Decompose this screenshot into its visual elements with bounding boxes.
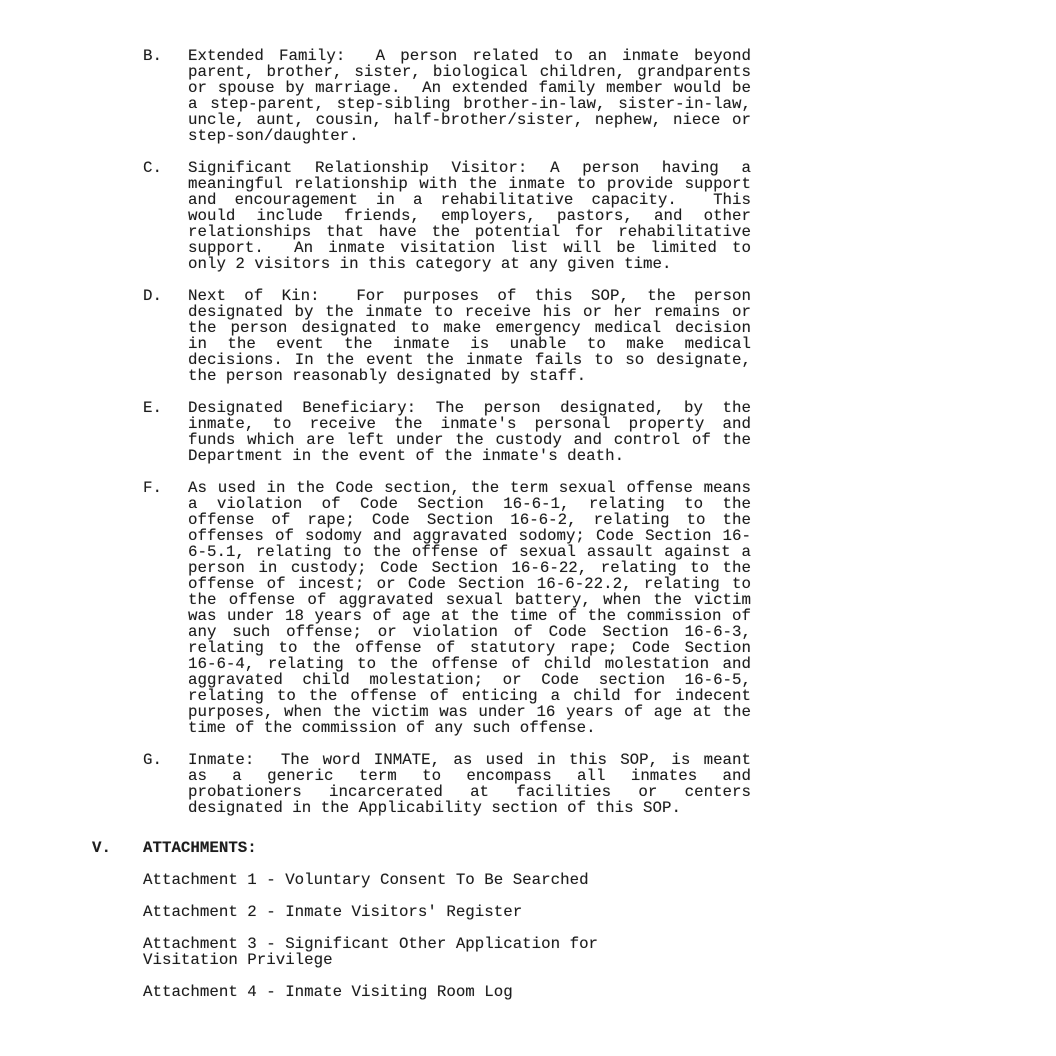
definition-letter: E.: [143, 400, 188, 464]
text-line: time of the commission of any such offen…: [188, 720, 751, 736]
document-content: B.Extended Family: A person related to a…: [92, 48, 751, 1016]
definition-item: G.Inmate: The word INMATE, as used in th…: [143, 752, 751, 816]
attachment-item: Attachment 2 - Inmate Visitors' Register: [143, 904, 751, 920]
text-line: in the event the inmate is unable to mak…: [188, 336, 751, 352]
definition-letter: D.: [143, 288, 188, 384]
text-line: relating to the offense of statutory rap…: [188, 640, 751, 656]
definition-letter: F.: [143, 480, 188, 736]
text-line: As used in the Code section, the term se…: [188, 480, 751, 496]
text-line: meaningful relationship with the inmate …: [188, 176, 751, 192]
text-line: uncle, aunt, cousin, half-brother/sister…: [188, 112, 751, 128]
definition-item: B.Extended Family: A person related to a…: [143, 48, 751, 144]
text-line: 16-6-4, relating to the offense of child…: [188, 656, 751, 672]
text-line: or spouse by marriage. An extended famil…: [188, 80, 751, 96]
text-line: a violation of Code Section 16-6-1, rela…: [188, 496, 751, 512]
definition-text: Inmate: The word INMATE, as used in this…: [188, 752, 751, 816]
attachment-line: Attachment 4 - Inmate Visiting Room Log: [143, 984, 751, 1000]
section-title: ATTACHMENTS:: [143, 840, 257, 856]
text-line: any such offense; or violation of Code S…: [188, 624, 751, 640]
text-line: the offense of aggravated sexual battery…: [188, 592, 751, 608]
text-line: relating to the offense of enticing a ch…: [188, 688, 751, 704]
definition-letter: G.: [143, 752, 188, 816]
text-line: Designated Beneficiary: The person desig…: [188, 400, 751, 416]
text-line: Inmate: The word INMATE, as used in this…: [188, 752, 751, 768]
text-line: was under 18 years of age at the time of…: [188, 608, 751, 624]
attachments-section-heading: V. ATTACHMENTS:: [92, 840, 751, 856]
scanned-document-page: B.Extended Family: A person related to a…: [0, 0, 1056, 1056]
text-line: step-son/daughter.: [188, 128, 751, 144]
attachment-line: Visitation Privilege: [143, 952, 751, 968]
text-line: 6-5.1, relating to the offense of sexual…: [188, 544, 751, 560]
definition-letter: B.: [143, 48, 188, 144]
definitions-list: B.Extended Family: A person related to a…: [92, 48, 751, 816]
text-line: funds which are left under the custody a…: [188, 432, 751, 448]
definition-text: Significant Relationship Visitor: A pers…: [188, 160, 751, 272]
text-line: Extended Family: A person related to an …: [188, 48, 751, 64]
text-line: designated by the inmate to receive his …: [188, 304, 751, 320]
definition-text: As used in the Code section, the term se…: [188, 480, 751, 736]
text-line: relationships that have the potential fo…: [188, 224, 751, 240]
definition-item: D.Next of Kin: For purposes of this SOP,…: [143, 288, 751, 384]
definition-item: E.Designated Beneficiary: The person des…: [143, 400, 751, 464]
attachment-item: Attachment 4 - Inmate Visiting Room Log: [143, 984, 751, 1000]
attachment-item: Attachment 1 - Voluntary Consent To Be S…: [143, 872, 751, 888]
attachment-line: Attachment 3 - Significant Other Applica…: [143, 936, 751, 952]
text-line: person in custody; Code Section 16-6-22,…: [188, 560, 751, 576]
text-line: Department in the event of the inmate's …: [188, 448, 751, 464]
text-line: Significant Relationship Visitor: A pers…: [188, 160, 751, 176]
definition-text: Next of Kin: For purposes of this SOP, t…: [188, 288, 751, 384]
text-line: a step-parent, step-sibling brother-in-l…: [188, 96, 751, 112]
text-line: offense of rape; Code Section 16-6-2, re…: [188, 512, 751, 528]
text-line: only 2 visitors in this category at any …: [188, 256, 751, 272]
text-line: parent, brother, sister, biological chil…: [188, 64, 751, 80]
definition-letter: C.: [143, 160, 188, 272]
text-line: as a generic term to encompass all inmat…: [188, 768, 751, 784]
definition-text: Extended Family: A person related to an …: [188, 48, 751, 144]
definition-item: F.As used in the Code section, the term …: [143, 480, 751, 736]
definition-text: Designated Beneficiary: The person desig…: [188, 400, 751, 464]
text-line: support. An inmate visitation list will …: [188, 240, 751, 256]
text-line: probationers incarcerated at facilities …: [188, 784, 751, 800]
text-line: purposes, when the victim was under 16 y…: [188, 704, 751, 720]
text-line: and encouragement in a rehabilitative ca…: [188, 192, 751, 208]
definition-item: C.Significant Relationship Visitor: A pe…: [143, 160, 751, 272]
attachment-line: Attachment 1 - Voluntary Consent To Be S…: [143, 872, 751, 888]
text-line: offenses of sodomy and aggravated sodomy…: [188, 528, 751, 544]
attachments-list: Attachment 1 - Voluntary Consent To Be S…: [92, 872, 751, 1000]
section-numeral: V.: [92, 840, 143, 856]
text-line: offense of incest; or Code Section 16-6-…: [188, 576, 751, 592]
text-line: Next of Kin: For purposes of this SOP, t…: [188, 288, 751, 304]
text-line: designated in the Applicability section …: [188, 800, 751, 816]
text-line: the person designated to make emergency …: [188, 320, 751, 336]
text-line: aggravated child molestation; or Code se…: [188, 672, 751, 688]
text-line: the person reasonably designated by staf…: [188, 368, 751, 384]
text-line: would include friends, employers, pastor…: [188, 208, 751, 224]
text-line: inmate, to receive the inmate's personal…: [188, 416, 751, 432]
text-line: decisions. In the event the inmate fails…: [188, 352, 751, 368]
attachment-line: Attachment 2 - Inmate Visitors' Register: [143, 904, 751, 920]
attachment-item: Attachment 3 - Significant Other Applica…: [143, 936, 751, 968]
